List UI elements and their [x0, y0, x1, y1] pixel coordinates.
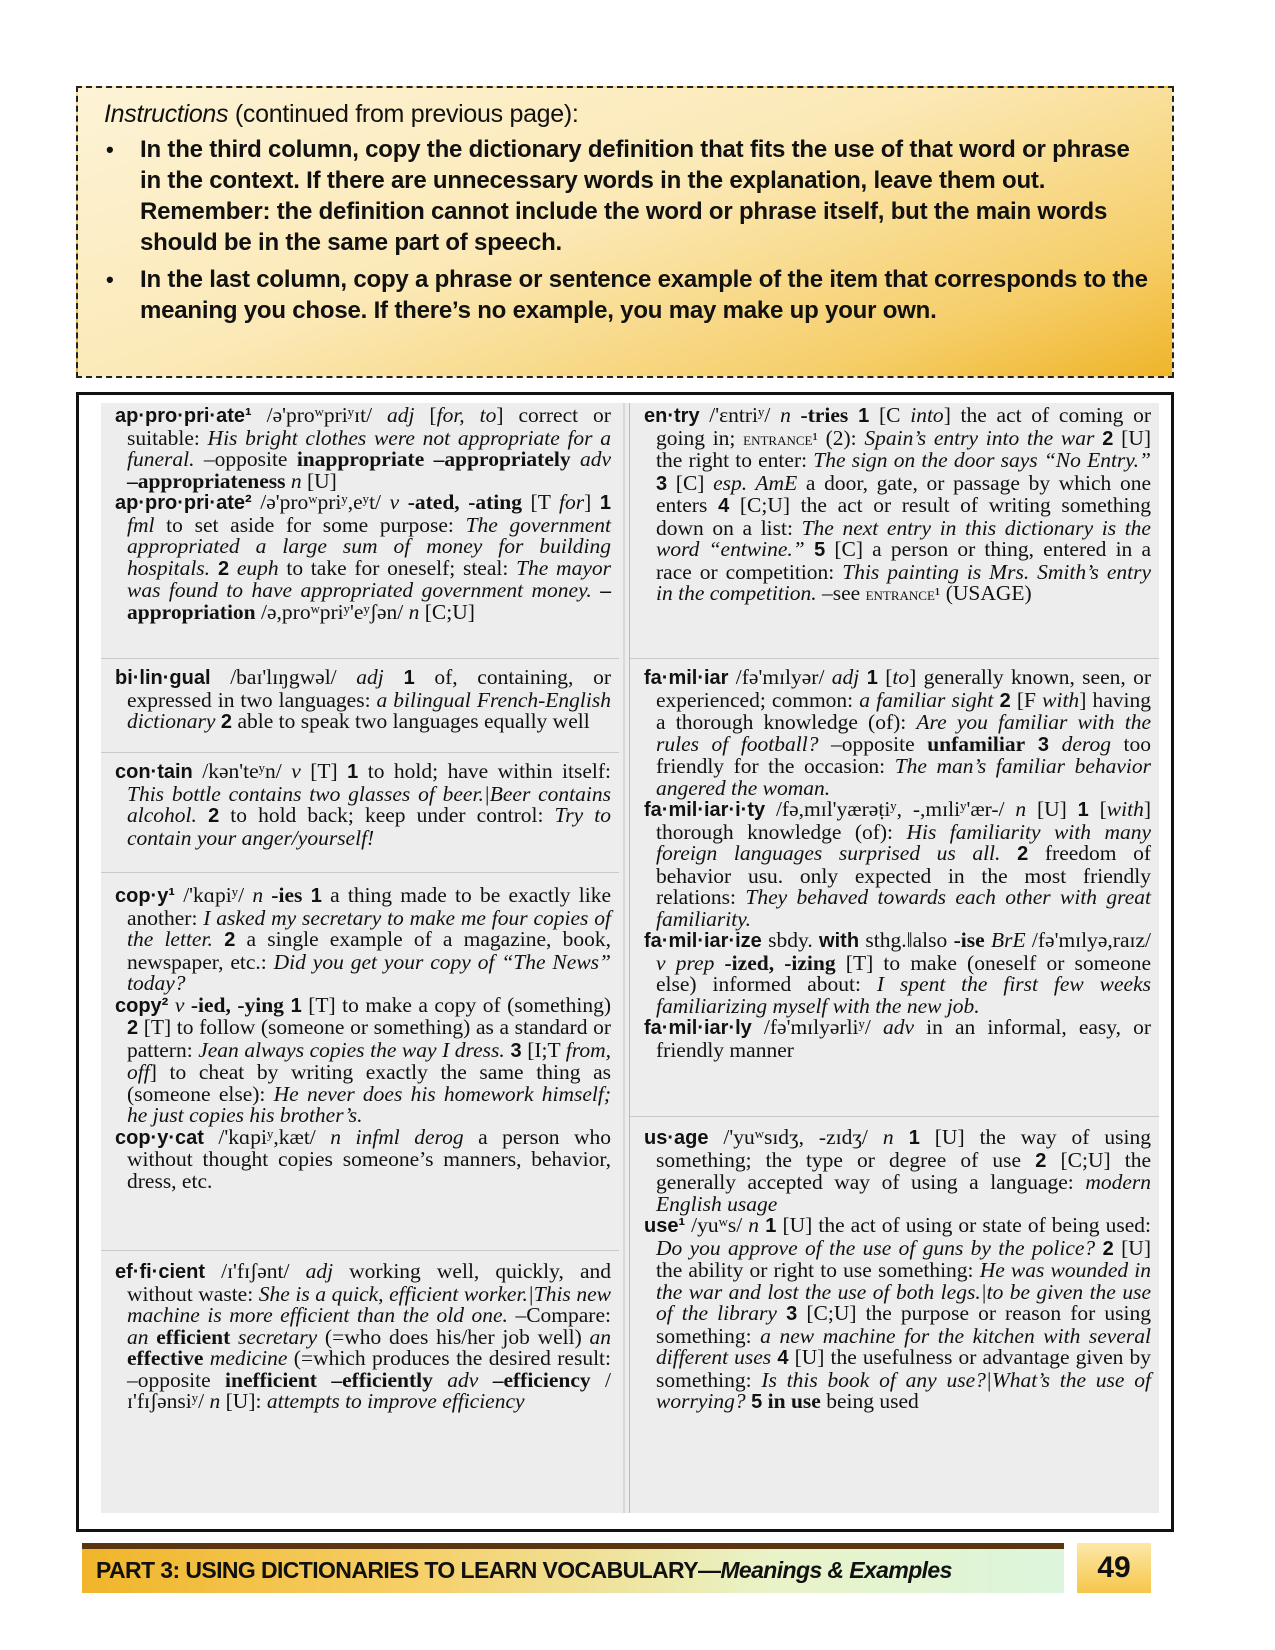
- inflections: -ies: [263, 883, 302, 907]
- entry-contain: con·tain /kən'teʸn/ v [T] 1 to hold; hav…: [115, 761, 611, 849]
- inflections: -tries: [791, 403, 848, 427]
- entry-text: [: [1089, 797, 1107, 821]
- register-label: esp. AmE: [713, 471, 797, 495]
- definition: [U] the act of using or state of being u…: [776, 1213, 1151, 1237]
- sense-number: 1: [600, 492, 611, 514]
- related-word: –efficiency: [478, 1368, 590, 1392]
- headword: ef·fi·cient: [115, 1261, 205, 1283]
- definition: able to speak two languages equally well: [232, 709, 590, 733]
- pronunciation: /kən'teʸn/: [193, 759, 291, 783]
- sense-number: 1: [384, 667, 415, 689]
- entry-text: –see: [817, 581, 866, 605]
- entry-group-bilingual: bi·lin·gual /baɪ'lɪŋgwəl/ adj 1 of, cont…: [101, 665, 619, 753]
- part-of-speech: adj: [356, 665, 383, 689]
- inflections: -ied, -ying: [184, 993, 284, 1017]
- register-label: euph: [229, 556, 279, 580]
- footer-title: PART 3: USING DICTIONARIES TO LEARN VOCA…: [96, 1557, 698, 1583]
- part-of-speech: adj: [387, 403, 414, 427]
- entry-text: (2):: [818, 426, 865, 450]
- pronunciation: /baɪ'lɪŋgwəl/: [211, 665, 357, 689]
- entry-copy-noun: cop·y¹ /'kɑpiʸ/ n -ies 1 a thing made to…: [115, 885, 611, 995]
- headword: cop·y·cat: [115, 1127, 204, 1149]
- entry-text: [T]: [301, 759, 347, 783]
- entry-group-entry: en·try /'ɛntriʸ/ n -tries 1 [C into] the…: [630, 403, 1159, 659]
- grammar-note: with: [1042, 688, 1079, 712]
- pronunciation: /ə,proʷpriʸ'eʸʃən/: [256, 600, 409, 624]
- entry-group-usage: us·age /'yuʷsɪdʒ, -zɪdʒ/ n 1 [U] the way…: [630, 1125, 1159, 1507]
- example: attempts to improve efficiency: [267, 1389, 525, 1413]
- entry-text: secretary: [230, 1325, 317, 1349]
- entry-usage: us·age /'yuʷsɪdʒ, -zɪdʒ/ n 1 [U] the way…: [644, 1127, 1151, 1215]
- part-of-speech: n: [748, 1213, 759, 1237]
- sense-number: 1: [1078, 799, 1089, 821]
- entry-group-efficient: ef·fi·cient /ɪ'fɪʃənt/ adj working well,…: [101, 1259, 619, 1507]
- part-of-speech: adv: [433, 1368, 478, 1392]
- inflections: -ated, -ating: [399, 490, 522, 514]
- headword: bi·lin·gual: [115, 667, 211, 689]
- entry-text: [I;T: [522, 1038, 566, 1062]
- related-word: effective: [127, 1346, 203, 1370]
- part-of-speech: n: [1015, 797, 1026, 821]
- phrase: in use: [762, 1389, 821, 1413]
- sense-number: 2: [1094, 428, 1113, 450]
- headword: ap·pro·pri·ate²: [115, 492, 252, 514]
- headword: fa·mil·iar: [644, 667, 728, 689]
- entry-text: [: [414, 403, 436, 427]
- example: Jean always copies the way I dress.: [198, 1038, 505, 1062]
- bullet-icon: •: [106, 264, 114, 295]
- pronunciation: /yuʷs/: [685, 1213, 748, 1237]
- entry-group-contain: con·tain /kən'teʸn/ v [T] 1 to hold; hav…: [101, 759, 619, 873]
- headword: fa·mil·iar·ly: [644, 1017, 752, 1039]
- entry-entry: en·try /'ɛntriʸ/ n -tries 1 [C into] the…: [644, 405, 1151, 606]
- definition: being used: [821, 1389, 919, 1413]
- entry-text: [U]: [302, 469, 337, 493]
- bullet-icon: •: [106, 134, 114, 165]
- part-of-speech: n: [409, 600, 420, 624]
- sense-number: 2: [993, 690, 1010, 712]
- entry-group-familiar: fa·mil·iar /fə'mɪlyər/ adj 1 [to] genera…: [630, 665, 1159, 1117]
- part-of-speech: v: [291, 759, 301, 783]
- column-divider: [623, 403, 625, 1513]
- sense-number: 3: [1025, 734, 1049, 756]
- related-word: inappropriate: [297, 447, 424, 471]
- page-number: 49: [1077, 1543, 1151, 1593]
- pronunciation: /'kɑpiʸ,kæt/: [204, 1125, 330, 1149]
- entry-text: ]: [584, 490, 600, 514]
- entry-appropriate-adj: ap·pro·pri·ate¹ /ə'proʷpriʸɪt/ adj [for,…: [115, 405, 611, 492]
- definition: to set aside for some purpose:: [154, 513, 465, 537]
- sense-number: 2: [127, 1017, 138, 1039]
- instructions-title: Instructions (continued from previous pa…: [104, 98, 1152, 130]
- entry-text: –opposite: [194, 447, 296, 471]
- sense-number: 1: [848, 405, 869, 427]
- pronunciation: /'ɛntriʸ/: [700, 403, 781, 427]
- part-of-speech: n infml derog: [330, 1125, 463, 1149]
- footer-dash: —: [698, 1557, 720, 1583]
- headword: us·age: [644, 1127, 708, 1149]
- entry-group-appropriate: ap·pro·pri·ate¹ /ə'proʷpriʸɪt/ adj [for,…: [101, 403, 619, 659]
- related-word: –appropriately: [434, 447, 571, 471]
- entry-text: sbdy.: [762, 928, 819, 952]
- pronunciation: /ə'proʷpriʸ,eʸt/: [252, 490, 390, 514]
- sense-number: 2: [1000, 843, 1028, 865]
- entry-text: (=who does his/her job well): [317, 1325, 589, 1349]
- part-of-speech: adv: [883, 1015, 914, 1039]
- part-of-speech: n: [252, 883, 263, 907]
- pronunciation: /fə'mɪlyərliʸ/: [752, 1015, 883, 1039]
- instructions-bullet-text: In the last column, copy a phrase or sen…: [140, 266, 1148, 324]
- grammar-note: with: [1107, 797, 1144, 821]
- definition: [T] to make a copy of (something): [302, 993, 611, 1017]
- related-word: –efficiently: [317, 1368, 433, 1392]
- register-label: BrE: [985, 928, 1026, 952]
- example: a familiar sight: [859, 688, 993, 712]
- entry-text: [F: [1011, 688, 1042, 712]
- grammar-note: into: [910, 403, 943, 427]
- entry-text: sthg.‖also: [859, 928, 954, 952]
- entry-familiar: fa·mil·iar /fə'mɪlyər/ adj 1 [to] genera…: [644, 667, 1151, 799]
- related-word: inefficient: [225, 1368, 317, 1392]
- footer-section-title: PART 3: USING DICTIONARIES TO LEARN VOCA…: [82, 1543, 1064, 1593]
- part-of-speech: v: [175, 993, 185, 1017]
- entry-efficient: ef·fi·cient /ɪ'fɪʃənt/ adj working well,…: [115, 1261, 611, 1413]
- entry-text: (USAGE): [940, 581, 1031, 605]
- headword: en·try: [644, 405, 700, 427]
- related-word: unfamiliar: [927, 732, 1025, 756]
- part-of-speech: v prep: [656, 951, 714, 975]
- pronunciation: /'kɑpiʸ/: [175, 883, 252, 907]
- sense-number: 2: [197, 805, 219, 827]
- grammar-note: to: [892, 665, 909, 689]
- pronunciation: /fə,mɪl'yærəṭiʸ, -,mɪliʸ'ær-/: [765, 797, 1015, 821]
- entry-copycat: cop·y·cat /'kɑpiʸ,kæt/ n infml derog a p…: [115, 1127, 611, 1193]
- entry-familiarity: fa·mil·iar·i·ty /fə,mɪl'yærəṭiʸ, -,mɪliʸ…: [644, 799, 1151, 930]
- sense-number: 2: [215, 711, 232, 733]
- related-word: efficient: [149, 1325, 231, 1349]
- part-of-speech: v: [390, 490, 400, 514]
- headword: cop·y¹: [115, 885, 175, 907]
- entry-text: [: [878, 665, 893, 689]
- pronunciation: /ɪ'fɪʃənt/: [205, 1259, 306, 1283]
- cross-reference: entrance¹: [743, 429, 818, 449]
- sense-number: 1: [347, 761, 358, 783]
- headword: con·tain: [115, 761, 193, 783]
- headword: copy²: [115, 995, 168, 1017]
- part-of-speech: adv: [580, 447, 611, 471]
- headword: fa·mil·iar·i·ty: [644, 799, 765, 821]
- instructions-bullet-1: • In the third column, copy the dictiona…: [104, 134, 1152, 258]
- definition: to take for oneself; steal:: [279, 556, 516, 580]
- entry-text: [C;U]: [419, 600, 475, 624]
- definition: to hold back; keep under control:: [219, 803, 554, 827]
- sense-number: 1: [859, 667, 878, 689]
- entry-familiarize: fa·mil·iar·ize sbdy. with sthg.‖also -is…: [644, 930, 1151, 1017]
- related-word: –appropriateness: [127, 469, 285, 493]
- inflections: -ized, -izing: [714, 951, 835, 975]
- pronunciation: /'yuʷsɪdʒ, -zɪdʒ/: [708, 1125, 882, 1149]
- entry-text: [424, 447, 433, 471]
- example: Do you approve of the use of guns by the…: [656, 1236, 1095, 1260]
- cross-reference: entrance¹: [866, 584, 941, 604]
- register-label: fml: [127, 513, 154, 537]
- instructions-title-rest: (continued from previous page):: [228, 100, 578, 128]
- part-of-speech: n: [210, 1389, 221, 1413]
- related-word: -ise: [954, 928, 985, 952]
- sense-number: 2: [1095, 1238, 1114, 1260]
- part-of-speech: n: [883, 1125, 894, 1149]
- part-of-speech: adj: [832, 665, 859, 689]
- entry-familiarly: fa·mil·iar·ly /fə'mɪlyərliʸ/ adv in an i…: [644, 1017, 1151, 1061]
- instructions-box: Instructions (continued from previous pa…: [76, 86, 1174, 378]
- entry-appropriate-verb: ap·pro·pri·ate² /ə'proʷpriʸ,eʸt/ v -ated…: [115, 492, 611, 623]
- sense-number: 4: [707, 495, 729, 517]
- entry-text: –opposite: [818, 732, 927, 756]
- entry-text: [C]: [667, 471, 713, 495]
- grammar-note: for, to: [437, 403, 497, 427]
- sense-number: 1: [894, 1127, 920, 1149]
- part-of-speech: n: [291, 469, 302, 493]
- entry-text: [U]:: [220, 1389, 267, 1413]
- sense-number: 1: [302, 885, 322, 907]
- footer-subtitle: Meanings & Examples: [720, 1557, 951, 1583]
- entry-text: [T: [522, 490, 559, 514]
- entry-text: [571, 447, 580, 471]
- part-of-speech: n: [780, 403, 791, 427]
- entry-text: an: [127, 1325, 149, 1349]
- part-of-speech: adj: [306, 1259, 333, 1283]
- entry-text: an: [590, 1325, 612, 1349]
- entry-text: medicine: [203, 1346, 287, 1370]
- headword: use¹: [644, 1215, 685, 1237]
- dictionary-excerpts-panel: ap·pro·pri·ate¹ /ə'proʷpriʸɪt/ adj [for,…: [76, 392, 1174, 1532]
- entry-text: [C: [869, 403, 910, 427]
- instructions-list: • In the third column, copy the dictiona…: [104, 134, 1152, 326]
- entry-group-copy: cop·y¹ /'kɑpiʸ/ n -ies 1 a thing made to…: [101, 883, 619, 1251]
- grammar-note: for: [559, 490, 584, 514]
- entry-text: [U]: [1026, 797, 1078, 821]
- sense-number: 3: [777, 1303, 797, 1325]
- sense-number: 3: [656, 473, 667, 495]
- example: Spain’s entry into the war: [864, 426, 1094, 450]
- dictionary-column-right: en·try /'ɛntriʸ/ n -tries 1 [C into] the…: [629, 403, 1159, 1513]
- sense-number: 1: [759, 1215, 776, 1237]
- sense-number: 4: [771, 1347, 788, 1369]
- dictionary-column-left: ap·pro·pri·ate¹ /ə'proʷpriʸɪt/ adj [for,…: [101, 403, 619, 1513]
- entry-use: use¹ /yuʷs/ n 1 [U] the act of using or …: [644, 1215, 1151, 1414]
- instructions-title-italic: Instructions: [104, 100, 228, 128]
- pronunciation: /fə'mɪlyər/: [728, 665, 831, 689]
- entry-copy-verb: copy² v -ied, -ying 1 [T] to make a copy…: [115, 995, 611, 1127]
- headword: fa·mil·iar·ize: [644, 930, 762, 952]
- entry-bilingual: bi·lin·gual /baɪ'lɪŋgwəl/ adj 1 of, cont…: [115, 667, 611, 734]
- sense-number: 2: [210, 558, 229, 580]
- headword: ap·pro·pri·ate¹: [115, 405, 252, 427]
- instructions-bullet-2: • In the last column, copy a phrase or s…: [104, 264, 1152, 326]
- sense-number: 2: [213, 929, 236, 951]
- register-label: derog: [1049, 732, 1111, 756]
- entry-text: –Compare:: [508, 1303, 611, 1327]
- sense-number: 5: [746, 1391, 763, 1413]
- instructions-bullet-text: In the third column, copy the dictionary…: [140, 136, 1130, 256]
- sense-number: 2: [1021, 1150, 1046, 1172]
- definition: to hold; have within itself:: [358, 759, 611, 783]
- sense-number: 3: [505, 1040, 522, 1062]
- pronunciation: /ə'proʷpriʸɪt/: [252, 403, 387, 427]
- headword-part: with: [819, 930, 859, 952]
- example: The sign on the door says “No Entry.”: [813, 448, 1151, 472]
- sense-number: 1: [284, 995, 302, 1017]
- dictionary-scan: ap·pro·pri·ate¹ /ə'proʷpriʸɪt/ adj [for,…: [101, 403, 1159, 1513]
- pronunciation: /fə'mɪlyə,raɪz/: [1026, 928, 1151, 952]
- sense-number: 5: [805, 539, 825, 561]
